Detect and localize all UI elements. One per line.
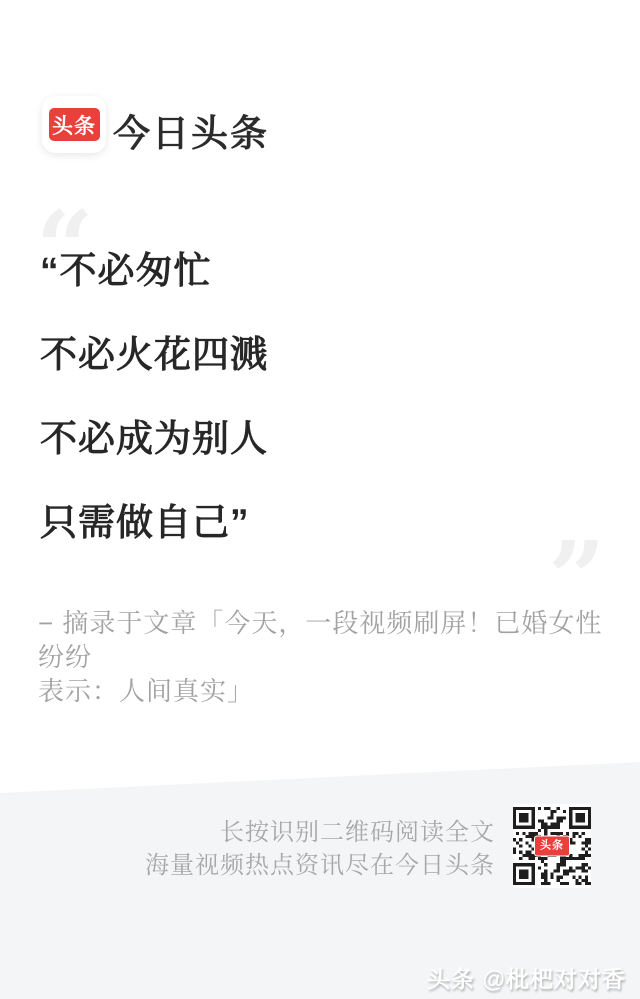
attribution: − 摘录于文章「今天，一段视频刷屏！已婚女性纷纷 表示：人间真实」 <box>38 606 613 708</box>
cta-line: 长按识别二维码阅读全文 <box>145 816 495 849</box>
quote-line: “不必匆忙 <box>40 252 600 290</box>
footer-cta: 长按识别二维码阅读全文 海量视频热点资讯尽在今日头条 <box>145 816 495 882</box>
attribution-line: − 摘录于文章「今天，一段视频刷屏！已婚女性纷纷 <box>38 606 613 674</box>
attribution-line: 表示：人间真实」 <box>38 674 613 708</box>
cta-line: 海量视频热点资讯尽在今日头条 <box>145 849 495 882</box>
qr-center-logo: 头条 <box>534 836 570 857</box>
app-name: 今日头条 <box>113 103 269 157</box>
qr-code: 头条 <box>513 804 591 888</box>
quote-line: 只需做自己” <box>40 504 600 542</box>
toutiao-logo-text: 头条 <box>52 110 96 140</box>
quote-line: 不必成为别人 <box>40 420 600 458</box>
watermark: 头条 @枇杷对对香 <box>427 961 626 994</box>
quote-line: 不必火花四溅 <box>40 336 600 374</box>
toutiao-logo-tile: 头条 <box>42 96 106 153</box>
quote-block: “不必匆忙 不必火花四溅 不必成为别人 只需做自己” <box>40 252 600 588</box>
toutiao-logo-icon: 头条 <box>49 108 100 141</box>
